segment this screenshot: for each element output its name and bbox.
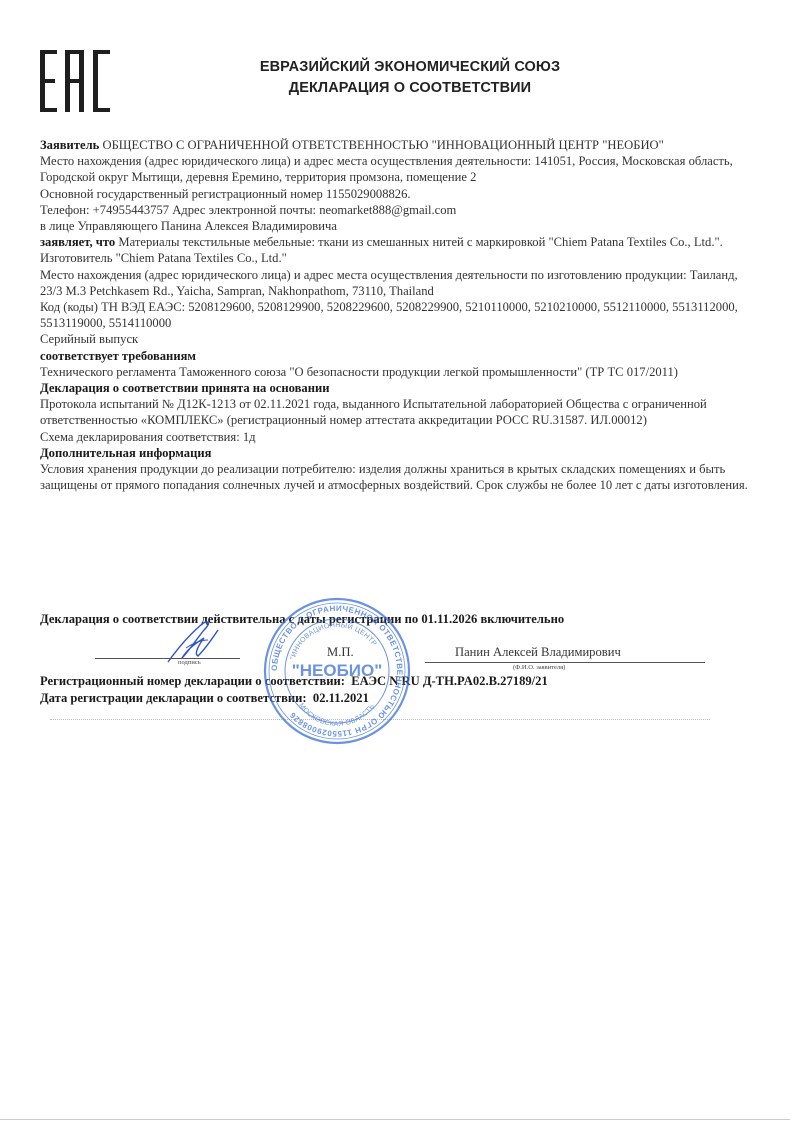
requirements-text: Технического регламента Таможенного союз… (40, 364, 760, 380)
declares-label: заявляет, что (40, 235, 115, 249)
name-caption: (Ф.И.О. заявителя) (513, 664, 565, 671)
declaration-scheme: Схема декларирования соответствия: 1д (40, 429, 760, 445)
basis-text: Протокола испытаний № Д12К-1213 от 02.11… (40, 396, 760, 428)
name-line (425, 662, 705, 663)
declares-line: заявляет, что Материалы текстильные мебе… (40, 234, 760, 250)
product-description: Материалы текстильные мебельные: ткани и… (118, 235, 722, 249)
production-type: Серийный выпуск (40, 331, 760, 347)
basis-label: Декларация о соответствии принята на осн… (40, 381, 329, 395)
applicant-full-name: Панин Алексей Владимирович (455, 645, 621, 660)
applicant-contacts: Телефон: +74955443757 Адрес электронной … (40, 202, 760, 218)
eac-mark-icon (40, 50, 112, 112)
applicant-line: Заявитель ОБЩЕСТВО С ОГРАНИЧЕННОЙ ОТВЕТС… (40, 137, 760, 153)
applicant-representative: в лице Управляющего Панина Алексея Влади… (40, 218, 760, 234)
svg-text:"НЕОБИО": "НЕОБИО" (292, 661, 383, 680)
hs-codes: Код (коды) ТН ВЭД ЕАЭС: 5208129600, 5208… (40, 299, 760, 331)
manufacturer: Изготовитель "Chiem Patana Textiles Co.,… (40, 250, 760, 266)
page-edge-line (0, 1119, 790, 1120)
applicant-address: Место нахождения (адрес юридического лиц… (40, 153, 760, 185)
document-header: ЕВРАЗИЙСКИЙ ЭКОНОМИЧЕСКИЙ СОЮЗ ДЕКЛАРАЦИ… (200, 57, 620, 99)
applicant-label: Заявитель (40, 138, 99, 152)
additional-info-text: Условия хранения продукции до реализации… (40, 461, 760, 493)
declaration-body: Заявитель ОБЩЕСТВО С ОГРАНИЧЕННОЙ ОТВЕТС… (40, 137, 760, 493)
applicant-ogrn: Основной государственный регистрационный… (40, 186, 760, 202)
signature-icon (158, 618, 238, 666)
applicant-name: ОБЩЕСТВО С ОГРАНИЧЕННОЙ ОТВЕТСТВЕННОСТЬЮ… (102, 138, 663, 152)
document-title: ДЕКЛАРАЦИЯ О СООТВЕТСТВИИ (200, 78, 620, 99)
company-stamp-icon: ОБЩЕСТВО С ОГРАНИЧЕННОЙ ОТВЕТСТВЕННОСТЬЮ… (262, 596, 412, 746)
union-title: ЕВРАЗИЙСКИЙ ЭКОНОМИЧЕСКИЙ СОЮЗ (200, 57, 620, 78)
requirements-label: соответствует требованиям (40, 349, 196, 363)
manufacturer-address: Место нахождения (адрес юридического лиц… (40, 267, 760, 299)
additional-info-label: Дополнительная информация (40, 446, 211, 460)
